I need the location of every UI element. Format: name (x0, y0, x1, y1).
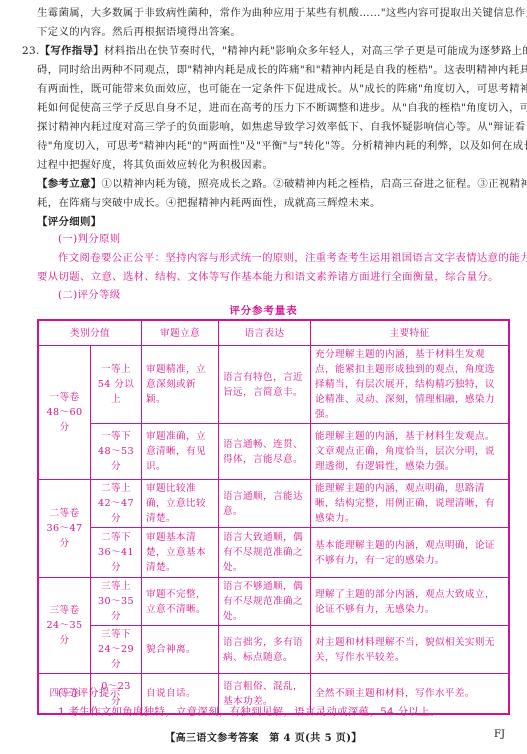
topic-cell: 貌合神离。 (142, 626, 219, 674)
table-row: 三等卷 24～35 分 三等上 30～35 分 审题不完整，立意不清晰。 语言不… (39, 578, 509, 626)
level-name: 一等上 (95, 362, 137, 377)
header-language: 语言表达 (219, 321, 311, 346)
header-topic-idea: 审题立意 (142, 321, 219, 346)
scoring-table-title: 评分参考量表 (0, 302, 527, 317)
table-row: 二等卷 36～47 分 二等上 42～47 分 审题比较准确，立意比较清楚。 语… (39, 480, 509, 528)
table-row: 三等下 24～29 分 貌合神离。 语言拙劣，多有语病、标点随意。 对主题和材料… (39, 626, 509, 674)
level-name: 三等上 (95, 579, 137, 594)
topic-cell: 审题基本清楚，立意基本清楚。 (142, 528, 219, 578)
question-number: 23. (22, 45, 40, 57)
group-cell-first-class: 一等卷 48～60 分 (39, 346, 91, 480)
writing-guide-text: 有两面性，既可能带来负面效应，也可能在一定条件下促进成长。从"成长的阵痛"角度切… (37, 80, 527, 100)
writing-guide-label: 【写作指导】 (40, 45, 104, 57)
level-name: 一等下 (95, 429, 137, 444)
level-cell: 二等下 36～41 分 (91, 528, 142, 578)
level-score: 48～53 分 (95, 444, 137, 474)
features-cell: 能理解主题的内涵，观点明确，思路清晰，结构完整，用例正确，说理清晰，有感染力。 (311, 480, 509, 528)
section-judging-principle-title: (一)判分原则 (58, 230, 121, 250)
language-cell: 语言通畅、连贯、得体，言能尽意。 (219, 424, 311, 480)
language-cell: 语言不够通顺，偶有不尽规范准确之处。 (219, 578, 311, 626)
footer-region-code: FJ (494, 729, 505, 740)
level-name: 三等下 (95, 627, 137, 642)
group-range: 36～47 分 (43, 521, 86, 551)
features-cell: 对主题和材料理解不当，貌似相关实则无关，写作水平较差。 (311, 626, 509, 674)
topic-cell: 审题准确，立意清晰，有见识。 (142, 424, 219, 480)
topic-cell: 审题比较准确，立意比较清楚。 (142, 480, 219, 528)
table-row: 一等下 48～53 分 审题准确，立意清晰，有见识。 语言通畅、连贯、得体，言能… (39, 424, 509, 480)
writing-guide-text: 探讨精神内耗过度对高三学子的负面影响，如焦虑导致学习效率低下、自我怀疑影响信心等… (37, 118, 525, 138)
answer-text-line: 生霉菌属，大多数属于非致病性菌种，常作为曲种应用于某些有机酸……"这些内容可提取… (37, 4, 527, 24)
features-cell: 充分理解主题的内涵，基于材料生发观点，能紧扣主题形成独到的观点，角度选择精当，有… (311, 346, 509, 424)
group-cell-second-class: 二等卷 36～47 分 (39, 480, 91, 578)
features-cell: 基本能理解主题的内涵，观点明确，论证不够有力，有一定的感染力。 (311, 528, 509, 578)
group-cell-third-class: 三等卷 24～35 分 (39, 578, 91, 674)
features-cell: 能理解主题的内涵，基于材料生发观点。文章观点正确，角度恰当，层次分明，说理透彻，… (311, 424, 509, 480)
language-cell: 语言拙劣，多有语病、标点随意。 (219, 626, 311, 674)
page-footer: 【高三语文参考答案 第 4 页(共 5 页)】 (0, 729, 527, 744)
language-cell: 语言有特色，言近旨远，言简意丰。 (219, 346, 311, 424)
level-score: 54 分以上 (95, 377, 137, 407)
header-category-score: 类别分值 (39, 321, 142, 346)
reference-idea-label: 【参考立意】 (37, 178, 101, 190)
group-name: 二等卷 (43, 506, 86, 521)
topic-cell: 审题不完整，立意不清晰。 (142, 578, 219, 626)
level-cell: 一等下 48～53 分 (91, 424, 142, 480)
section-scoring-tips-title: (三)评分提示 (58, 684, 121, 704)
writing-guide-text: 耗如何促使高三学子反思自身不足，进而在高考的压力下不断调整和进步。从"自我的桎梏… (37, 99, 527, 119)
level-score: 24～29 分 (95, 642, 137, 672)
topic-cell: 审题精准，立意深刻或新颖。 (142, 346, 219, 424)
group-name: 三等卷 (43, 603, 86, 618)
answer-text-line: 下定义的内容。然后再根据语境得出答案。 (37, 23, 241, 43)
reference-idea-text: ①以精神内耗为镜，照亮成长之路。②破精神内耗之桎梏，启高三奋进之征程。③正视精神… (101, 178, 527, 190)
writing-guide-text: 过程中把握好度，将其负面效应转化为积极因素。 (37, 156, 273, 176)
table-row: 一等卷 48～60 分 一等上 54 分以上 审题精准，立意深刻或新颖。 语言有… (39, 346, 509, 424)
level-cell: 二等上 42～47 分 (91, 480, 142, 528)
level-cell: 三等上 30～35 分 (91, 578, 142, 626)
section-text-line: 作文阅卷要公正公平：坚持内容与形式统一的原则，注重考查考生运用祖国语言文字表情达… (58, 249, 527, 269)
level-name: 二等下 (95, 530, 137, 545)
table-header-row: 类别分值 审题立意 语言表达 主要特征 (39, 321, 509, 346)
header-features: 主要特征 (311, 321, 509, 346)
level-score: 30～35 分 (95, 594, 137, 624)
level-score: 42～47 分 (95, 496, 137, 526)
group-range: 48～60 分 (43, 405, 86, 435)
writing-guide-text: 碍，同时给出两种不同观点，即"精神内耗是成长的阵痛"和"精神内耗是自我的桎梏"。… (37, 61, 527, 81)
level-name: 二等上 (95, 481, 137, 496)
writing-guide-text: 材料指出在快节奏时代，"精神内耗"影响众多年轻人，对高三学子更是可能成为逐梦路上… (104, 45, 527, 57)
question-23-line: 23.【写作指导】材料指出在快节奏时代，"精神内耗"影响众多年轻人，对高三学子更… (22, 42, 527, 62)
language-cell: 语言通顺，言能达意。 (219, 480, 311, 528)
reference-idea-text: 耗，在阵痛与突破中成长。④把握精神内耗两面性，成就高三辉煌未来。 (37, 194, 381, 214)
writing-guide-text: 待"角度切入，可思考"精神内耗"的"两面性"及"平衡"与"转化"等。分析精神内耗… (37, 137, 527, 157)
table-row: 二等下 36～41 分 审题基本清楚，立意基本清楚。 语言大致通顺，偶有不尽规范… (39, 528, 509, 578)
level-score: 36～41 分 (95, 545, 137, 575)
reference-idea-line: 【参考立意】①以精神内耗为镜，照亮成长之路。②破精神内耗之桎梏，启高三奋进之征程… (37, 175, 527, 195)
features-cell: 理解了主题的部分内涵，观点大致成立，论证不够有力，无感染力。 (311, 578, 509, 626)
language-cell: 语言大致通顺，偶有不尽规范准确之处。 (219, 528, 311, 578)
level-cell: 一等上 54 分以上 (91, 346, 142, 424)
scoring-reference-table: 类别分值 审题立意 语言表达 主要特征 一等卷 48～60 分 一等上 54 分… (38, 320, 509, 714)
level-cell: 三等下 24～29 分 (91, 626, 142, 674)
group-name: 一等卷 (43, 390, 86, 405)
scoring-tip-line: 1.考生作文如角度独特，立意深刻，有独到见解，语言灵动或深蕴，54 分以上。 (58, 703, 441, 723)
group-range: 24～35 分 (43, 618, 86, 648)
section-text-line: 要从切题、立意、选材、结构、文体等写作基本能力和语文素养诸方面进行全面衡量，综合… (37, 268, 499, 288)
